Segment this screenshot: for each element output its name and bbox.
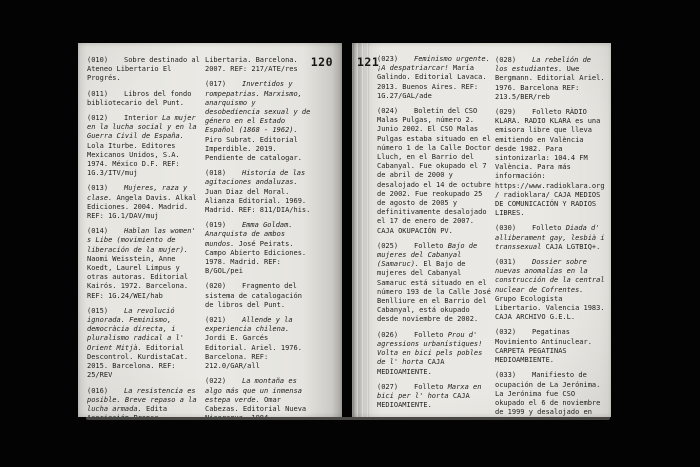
entry-text: El Bajo de mujeres del Cabanyal Samaruc … xyxy=(377,260,491,323)
entry-number: (015) xyxy=(87,307,124,316)
book-spread: 120 (010)Sobre destinado al Ateneo Liber… xyxy=(78,43,611,417)
entry-text: Boletín del CSO Malas Pulgas, número 2. … xyxy=(377,107,491,235)
catalog-entry: (018)Historia de las agitaciones andaluz… xyxy=(205,169,311,215)
entry-number: (023) xyxy=(377,55,414,64)
catalog-entry: (012)Interior La mujer en la lucha socia… xyxy=(87,114,201,178)
entry-number: (026) xyxy=(377,331,414,340)
catalog-entry: (026)Folleto Prou d' agressions urbaníst… xyxy=(377,331,493,377)
entry-text: Folleto xyxy=(414,383,448,391)
catalog-entry: (029)Folleto RÀDIO KLARA. RADIO KLARA es… xyxy=(495,108,605,218)
entry-text: Folleto RÀDIO KLARA. RADIO KLARA es una … xyxy=(495,108,605,217)
catalog-entry: (028)La rebelión de los estudiantes. Uwe… xyxy=(495,56,605,102)
entry-number: (010) xyxy=(87,56,124,65)
entry-text: Piro Subrat. Editorial Imperdible. 2019.… xyxy=(205,136,302,162)
page-edge-stack xyxy=(352,43,371,417)
entry-text: Naomi Weisstein, Anne Koedt, Laurel Limp… xyxy=(87,255,188,300)
entry-number: (033) xyxy=(495,371,532,380)
entry-text: Folleto xyxy=(414,242,448,250)
page-number-right: 121 xyxy=(357,55,379,69)
right-page-column-2: (028)La rebelión de los estudiantes. Uwe… xyxy=(495,56,605,417)
entry-text: Folleto xyxy=(532,224,566,232)
catalog-entry: (020)Fragmento del sistema de catalogaci… xyxy=(205,282,311,310)
catalog-entry: (011)Libros del fondo bibliotecario del … xyxy=(87,90,201,108)
entry-number: (021) xyxy=(205,316,242,325)
entry-text: Jordi E. Garcés Editorial. Ariel. 1976. … xyxy=(205,334,302,370)
entry-text: Interior xyxy=(124,114,162,122)
catalog-entry: (025)Folleto Bajo de mujeres del Cabanya… xyxy=(377,242,493,325)
entry-number: (027) xyxy=(377,383,414,392)
catalog-entry: (013)Mujeres, raza y clase. Angela Davis… xyxy=(87,184,201,221)
entry-number: (017) xyxy=(205,80,242,89)
entry-number: (014) xyxy=(87,227,124,236)
catalog-entry: (023)Feminismo urgente. ¡A despatriarcar… xyxy=(377,55,493,101)
entry-number: (029) xyxy=(495,108,532,117)
catalog-entry: (032)Pegatinas Movimiento Antinuclear. C… xyxy=(495,328,605,365)
left-page-column-1: (010)Sobre destinado al Ateneo Libertari… xyxy=(87,56,201,417)
page-left: 120 (010)Sobre destinado al Ateneo Liber… xyxy=(78,43,342,417)
entry-number: (016) xyxy=(87,387,124,396)
catalog-entry: (019)Emma Goldam. Anarquista de ambos mu… xyxy=(205,221,311,276)
entry-text: CAJA LGTBIQ+. xyxy=(541,243,600,251)
catalog-entry: (024)Boletín del CSO Malas Pulgas, númer… xyxy=(377,107,493,236)
catalog-entry: (015)La revolució ignorada. Feminismo, d… xyxy=(87,307,201,381)
entry-text: Grupo Ecologista Libertario. Valencia 19… xyxy=(495,295,605,321)
entry-number: (013) xyxy=(87,184,124,193)
catalog-entry: (014)Hablan las women' s Libe (movimient… xyxy=(87,227,201,301)
catalog-entry: (010)Sobre destinado al Ateneo Libertari… xyxy=(87,56,201,84)
catalog-entry: (030)Folleto Diada d' alliberament gay, … xyxy=(495,224,605,252)
entry-number: (028) xyxy=(495,56,532,65)
entry-text: Folleto xyxy=(414,331,448,339)
entry-number: (022) xyxy=(205,377,242,386)
entry-number: (020) xyxy=(205,282,242,291)
catalog-entry: (027)Folleto Marxa en bici per l' horta … xyxy=(377,383,493,411)
entry-text: Juan Diaz del Moral. Alianza Editorial. … xyxy=(205,188,310,214)
page-number-left: 120 xyxy=(311,55,333,69)
entry-number: (024) xyxy=(377,107,414,116)
catalog-entry: (031)Dossier sobre nuevas anomalías en l… xyxy=(495,258,605,322)
entry-number: (025) xyxy=(377,242,414,251)
entry-number: (012) xyxy=(87,114,124,123)
entry-number: (031) xyxy=(495,258,532,267)
backdrop: 120 (010)Sobre destinado al Ateneo Liber… xyxy=(0,0,700,467)
entry-number: (032) xyxy=(495,328,532,337)
catalog-entry: (017)Invertidos y rompepatrias. Marxismo… xyxy=(205,80,311,163)
catalog-entry: (022)La montaña es algo más que un inmen… xyxy=(205,377,311,417)
catalog-entry: (016)La resistencia es posible. Breve re… xyxy=(87,387,201,418)
entry-number: (018) xyxy=(205,169,242,178)
entry-number: (011) xyxy=(87,90,124,99)
page-right: 121 (023)Feminismo urgente. ¡A despatria… xyxy=(352,43,611,417)
entry-number: (030) xyxy=(495,224,532,233)
catalog-entry: Libertaria. Barcelona. 2007. REF: 217/AT… xyxy=(205,56,311,74)
entry-text: Libertaria. Barcelona. 2007. REF: 217/AT… xyxy=(205,56,298,73)
entry-text: Lola Iturbe. Editores Mexicanos Unidos, … xyxy=(87,142,180,178)
catalog-entry: (021)Allende y la experiencia chilena. J… xyxy=(205,316,311,371)
entry-number: (019) xyxy=(205,221,242,230)
left-page-column-2: Libertaria. Barcelona. 2007. REF: 217/AT… xyxy=(205,56,311,417)
catalog-entry: (033)Manifiesto de ocupación de La Jerón… xyxy=(495,371,605,417)
right-page-column-1: (023)Feminismo urgente. ¡A despatriarcar… xyxy=(377,55,493,416)
